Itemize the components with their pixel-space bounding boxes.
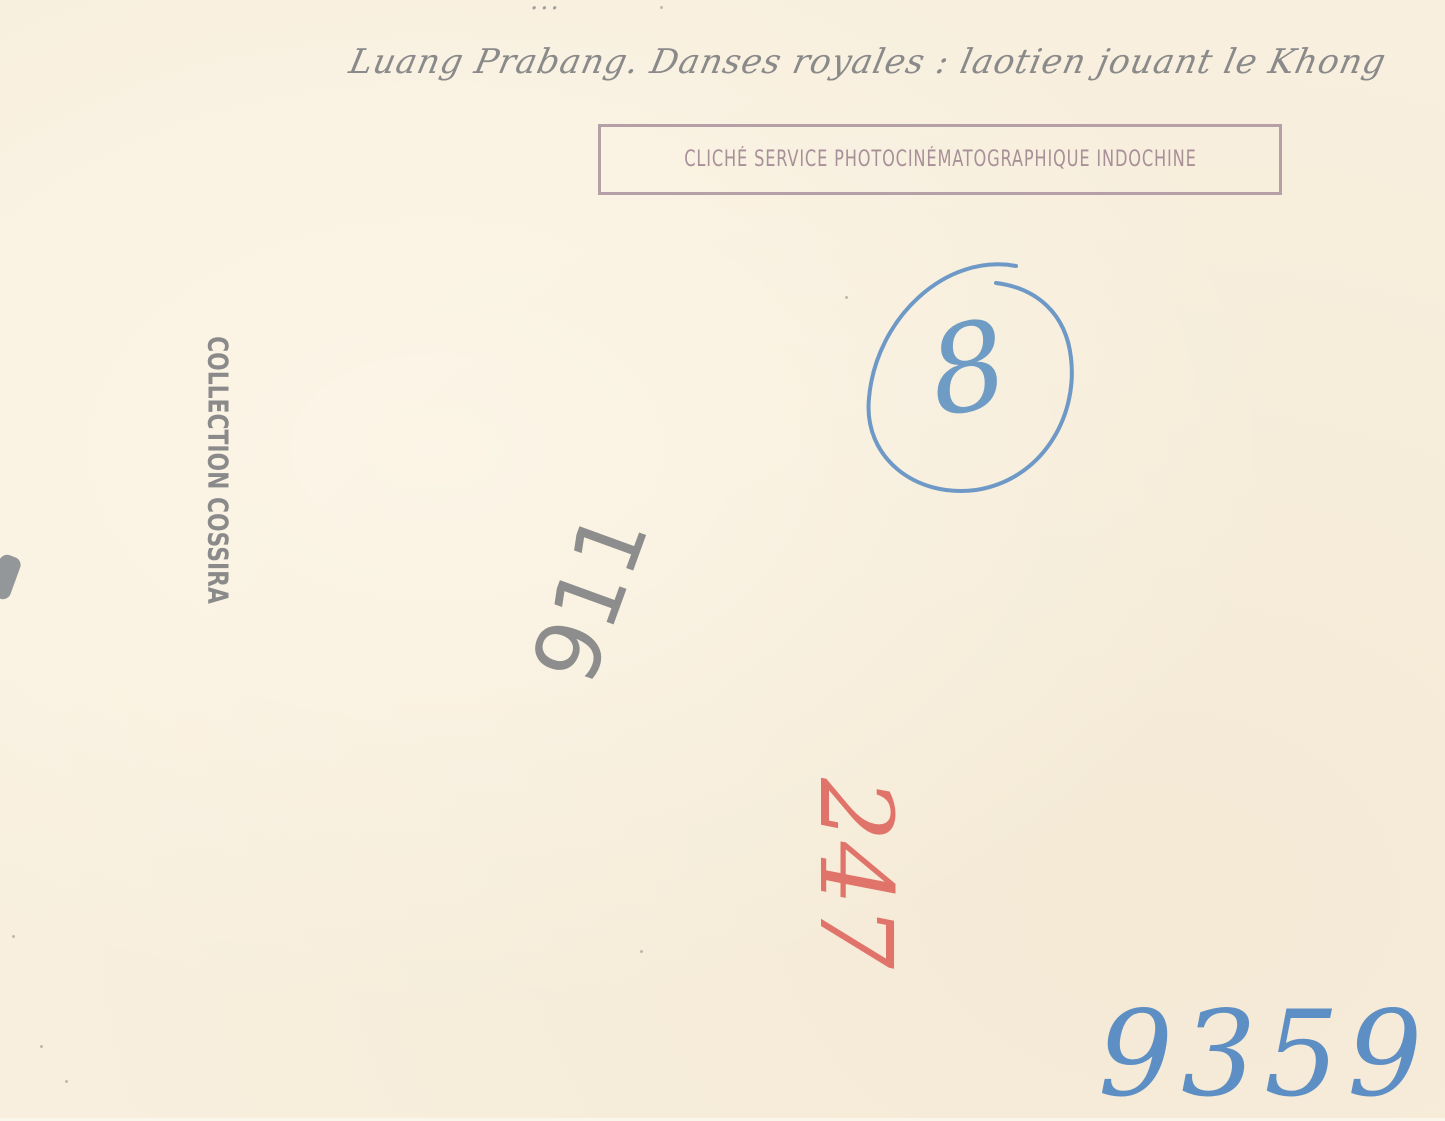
partial-handwriting-top: ... <box>530 0 561 16</box>
speck <box>65 1080 68 1083</box>
speck <box>12 935 15 938</box>
speck <box>845 296 848 299</box>
speck <box>660 6 663 9</box>
speck <box>640 950 643 953</box>
blue-pencil-number: 9359 <box>1098 985 1430 1121</box>
speck <box>40 1045 43 1048</box>
red-pencil-number: 247 <box>797 778 914 969</box>
cliche-service-stamp: CLICHÉ SERVICE PHOTOCINÉMATOGRAPHIQUE IN… <box>598 124 1282 195</box>
handwritten-caption: Luang Prabang. Danses royales : laotien … <box>346 42 1390 82</box>
collection-stamp-text: COLLECTION COSSIRA <box>202 336 235 604</box>
collection-cossira-stamp: COLLECTION COSSIRA <box>202 298 235 641</box>
cliche-stamp-text: CLICHÉ SERVICE PHOTOCINÉMATOGRAPHIQUE IN… <box>684 147 1196 172</box>
